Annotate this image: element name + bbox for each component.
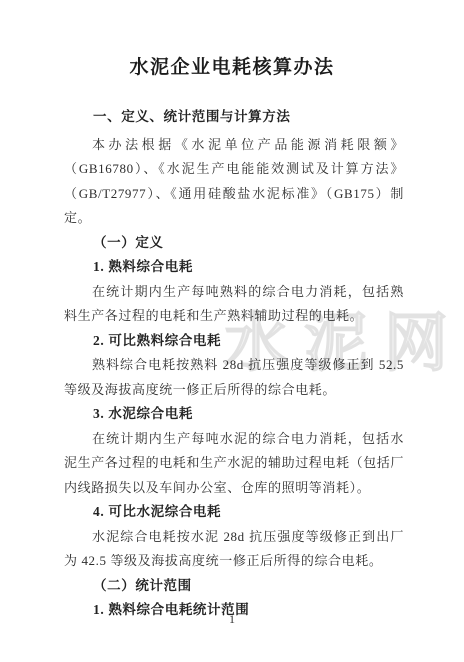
content: 一、定义、统计范围与计算方法本办法根据《水泥单位产品能源消耗限额》（GB1678…: [64, 105, 404, 623]
document-page: 水泥网 水泥企业电耗核算办法 一、定义、统计范围与计算方法本办法根据《水泥单位产…: [0, 0, 464, 662]
body-paragraph: 在统计期内生产每吨熟料的综合电力消耗，包括熟料生产各过程的电耗和生产熟料辅助过程…: [64, 280, 404, 329]
body-paragraph: 在统计期内生产每吨水泥的综合电力消耗，包括水泥生产各过程的电耗和生产水泥的辅助过…: [64, 427, 404, 501]
subsection-heading: （一）定义: [64, 231, 404, 256]
page-number: 1: [0, 612, 464, 627]
item-heading: 4. 可比水泥综合电耗: [64, 500, 404, 525]
body-paragraph: 本办法根据《水泥单位产品能源消耗限额》（GB16780）、《水泥生产电能能效测试…: [64, 133, 404, 231]
document-title: 水泥企业电耗核算办法: [0, 0, 464, 79]
body-paragraph: 熟料综合电耗按熟料 28d 抗压强度等级修正到 52.5 等级及海拔高度统一修正…: [64, 353, 404, 402]
item-heading: 2. 可比熟料综合电耗: [64, 329, 404, 354]
body-paragraph: 水泥综合电耗按水泥 28d 抗压强度等级修正到出厂为 42.5 等级及海拔高度统…: [64, 525, 404, 574]
item-heading: 3. 水泥综合电耗: [64, 402, 404, 427]
subsection-heading: （二）统计范围: [64, 574, 404, 599]
item-heading: 1. 熟料综合电耗: [64, 255, 404, 280]
section-heading: 一、定义、统计范围与计算方法: [64, 105, 404, 130]
